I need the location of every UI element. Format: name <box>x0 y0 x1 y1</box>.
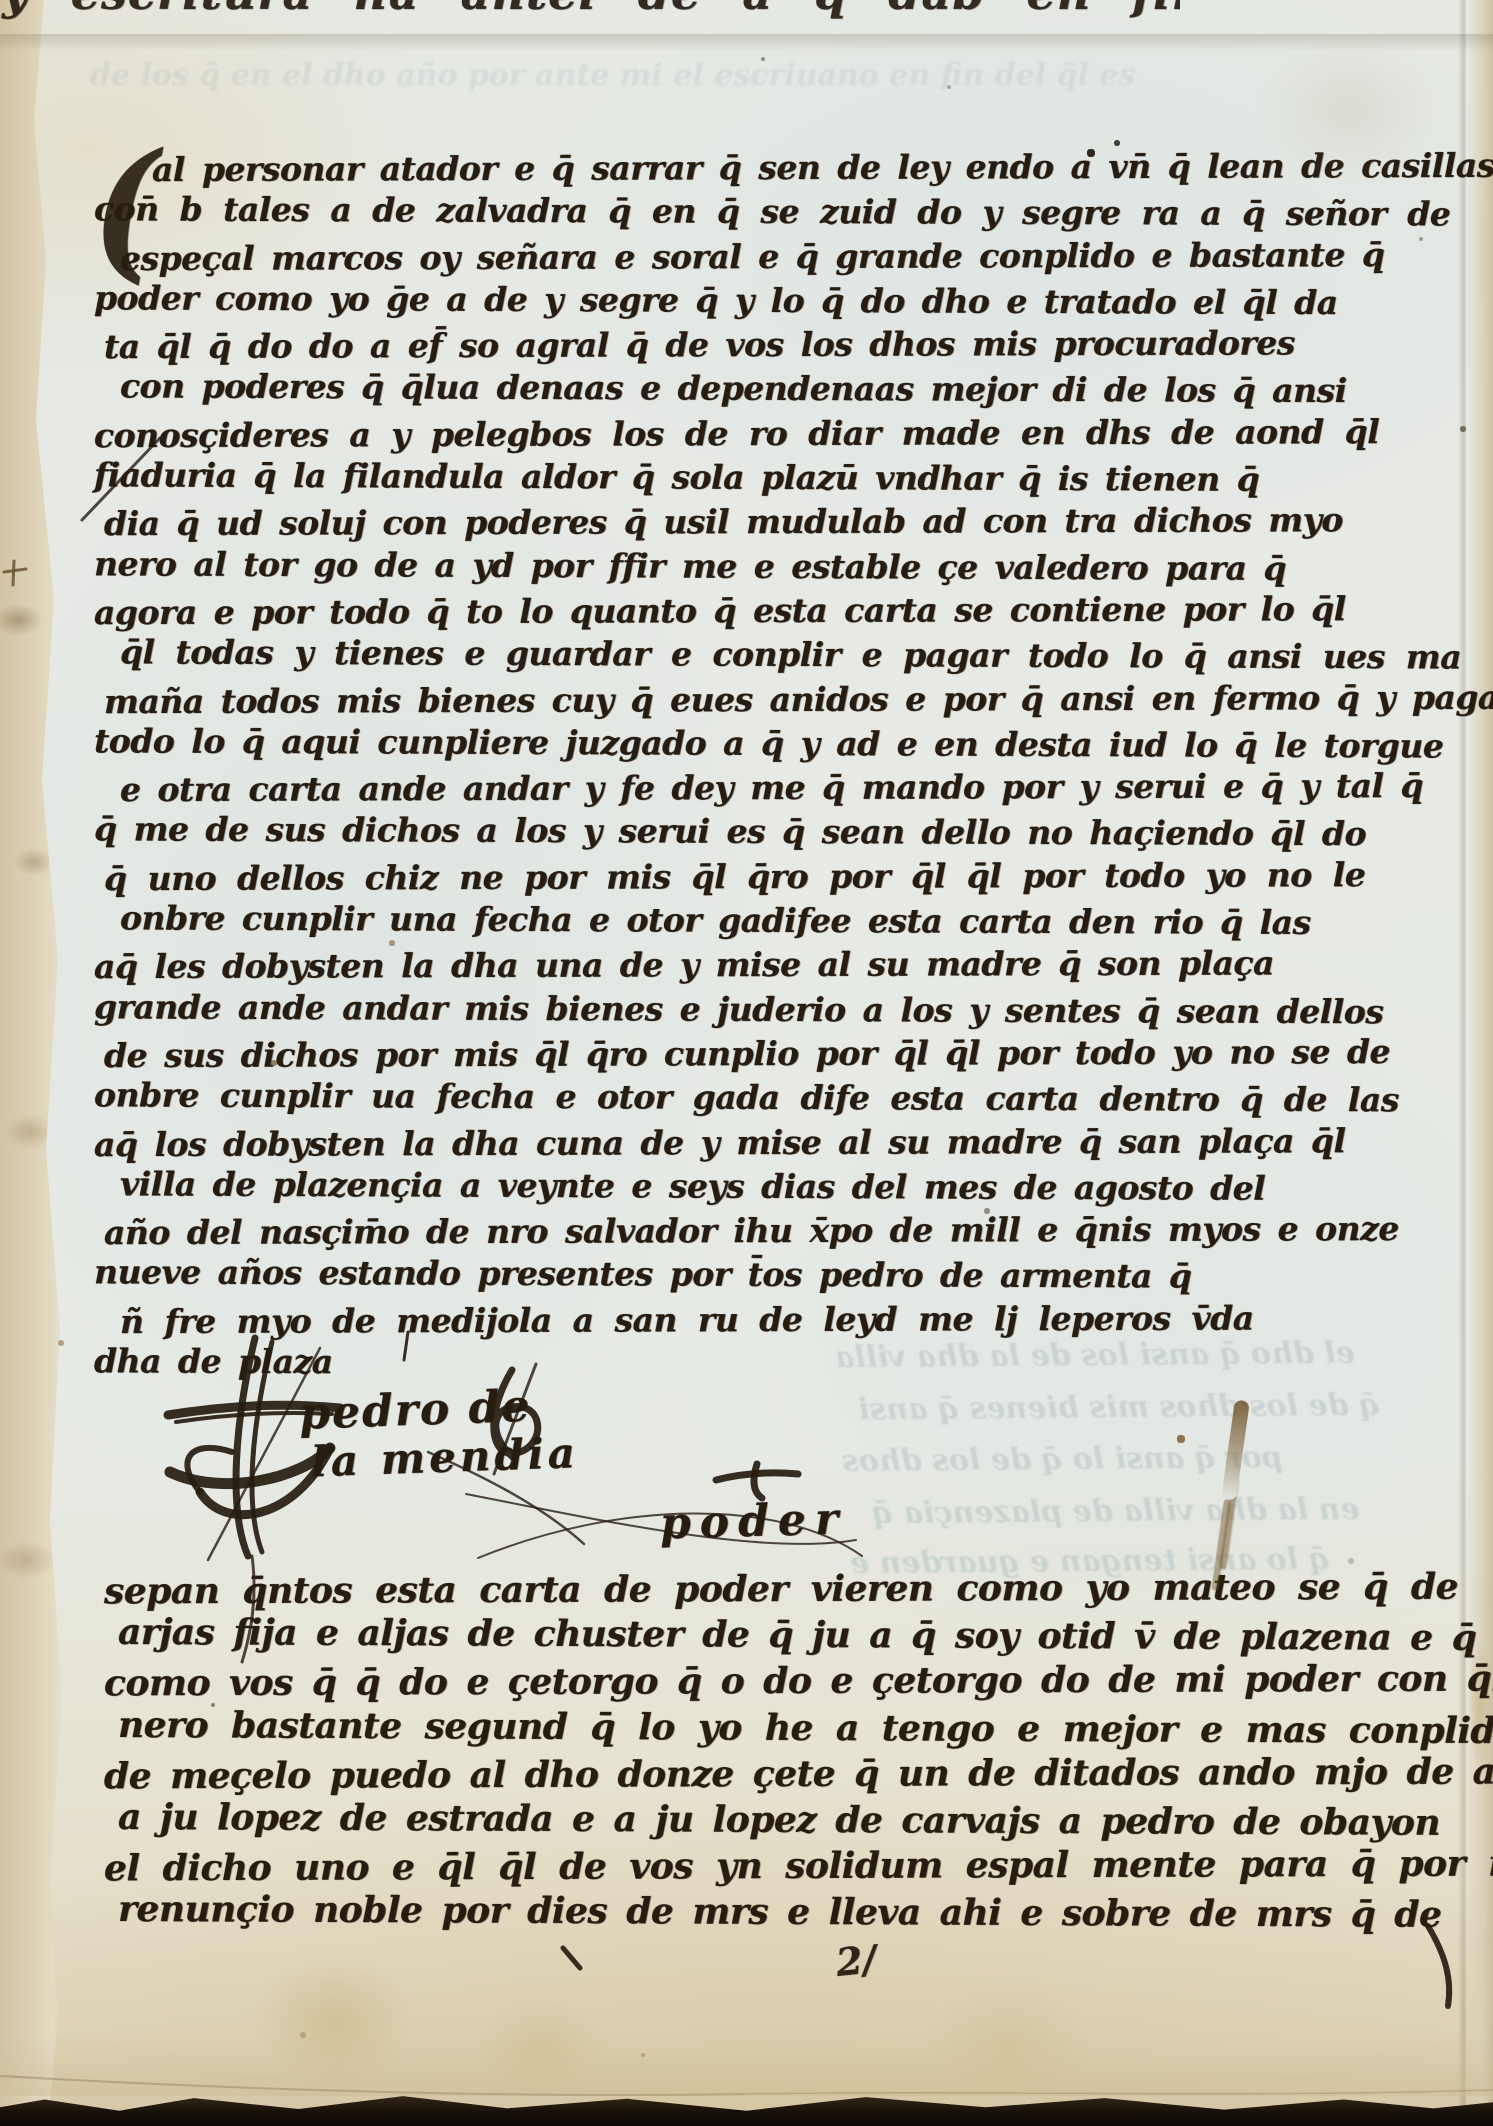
folio-mark: 2/ <box>834 1936 879 1985</box>
manuscript-text-line: nueve años estando presentes por t̄os pe… <box>94 1251 1479 1301</box>
manuscript-text-line: de meçelo puedo al dho donze çete q̄ un … <box>104 1748 1489 1799</box>
rubric-loop-stroke-icon <box>187 1448 232 1492</box>
manuscript-text-line: todo lo q̄ aqui cunpliere juzgado a q̄ y… <box>94 719 1479 769</box>
book-edge-band <box>0 2092 1493 2126</box>
manuscript-text-line: q̄ me de sus dichos a los y serui es q̄ … <box>94 808 1479 858</box>
manuscript-text-line: como vos q̄ q̄ do e çetorgo q̄ o do e çe… <box>104 1656 1489 1707</box>
manuscript-text-line: poder como yo ḡe a de y segre q̄ y lo q… <box>94 276 1479 326</box>
manuscript-page: y escritura ha antel de a q̄ dab en fin … <box>0 0 1493 2126</box>
top-crease-shadow <box>0 34 1493 52</box>
manuscript-text-line: agora e por todo q̄ to lo quanto q̄ esta… <box>94 587 1479 636</box>
manuscript-text-line: villa de plazençia a veynte e seys dias … <box>120 1162 1479 1212</box>
ink-speckles <box>0 0 2 2</box>
bleedthrough-text-line: q̄ de los dhos mis bienes q̄ ansi <box>858 1388 1380 1428</box>
manuscript-text-line: nero al tor go de a yd por ffir me e est… <box>94 542 1479 592</box>
manuscript-text-line: con̄ b tales a de zalvadra q̄ en q̄ se z… <box>94 188 1479 238</box>
manuscript-text-line: aq̄ les dobysten la dha una de y mise al… <box>94 941 1479 990</box>
manuscript-text-line: ta q̄l q̄ do do a ef̄ so agral q̄ de vos… <box>104 321 1479 370</box>
manuscript-text-line: maña todos mis bienes cuy q̄ eues anidos… <box>104 675 1479 724</box>
manuscript-text-line: grande ande andar mis bienes e juderio a… <box>94 985 1479 1035</box>
manuscript-text-line: nero bastante segund q̄ lo yo he a tengo… <box>118 1702 1489 1754</box>
previous-line-fragment: y escritura ha antel de a q̄ dab en fin … <box>2 0 1180 20</box>
paper-stain <box>1255 35 1445 185</box>
manuscript-text-line: espeçal marcos oy señara e soral e q̄ gr… <box>120 232 1479 281</box>
bleedthrough-text-line: en la dha villa de plazençia q̄ <box>872 1492 1360 1531</box>
torn-left-edge <box>0 0 72 2126</box>
cross-mark-icon <box>716 1473 798 1480</box>
notary-signature-name: pedro de la mendia <box>298 1379 579 1487</box>
bleedthrough-text-line: por q̄ ansi lo q̄ de los dhos <box>842 1440 1283 1479</box>
poder-clause-block: sepan q̄ntos esta carta de poder vieren … <box>104 1566 1489 1936</box>
manuscript-text-line: con poderes q̄ q̄lua denaas e dependenaa… <box>120 365 1479 415</box>
manuscript-text-line: renunçio noble por dies de mrs e lleva a… <box>118 1886 1489 1938</box>
cross-mark-icon <box>754 1464 762 1498</box>
manuscript-text-line: e otra carta ande andar y fe dey me q̄ m… <box>120 764 1479 813</box>
pen-stroke-icon <box>563 1948 580 1968</box>
poder-heading: poder <box>659 1494 847 1550</box>
manuscript-text-line: conosçideres a y pelegbos los de ro diar… <box>94 410 1479 459</box>
manuscript-text-line: arjas fija e aljas de chuster de q̄ ju a… <box>118 1609 1489 1661</box>
main-deed-text-block: al personar atador e q̄ sarrar q̄ sen de… <box>94 146 1479 1386</box>
manuscript-text-line: de sus dichos por mis q̄l q̄ro cunplio p… <box>104 1030 1479 1079</box>
manuscript-text-line: aq̄ los dobysten la dha cuna de y mise a… <box>94 1118 1479 1167</box>
signature-name-line2: la mendia <box>310 1428 580 1486</box>
manuscript-text-line: onbre cunplir una fecha e otor gadifee e… <box>120 896 1479 946</box>
manuscript-text-line: dia q̄ ud soluj con poderes q̄ usil mudu… <box>104 498 1479 547</box>
manuscript-text-line: dha de plaza <box>94 1339 1479 1389</box>
manuscript-text-line: fiaduria q̄ la filandula aldor q̄ sola p… <box>94 453 1479 503</box>
manuscript-text-line: año del nasçim̄o de nro salvador ihu x̄p… <box>104 1207 1479 1256</box>
manuscript-text-line: q̄ uno dellos chiz ne por mis q̄l q̄ro p… <box>104 853 1479 902</box>
bottom-warm-tone <box>0 2036 1493 2096</box>
manuscript-text-line: q̄l todas y tienes e guardar e conplir e… <box>120 631 1479 681</box>
manuscript-text-line: a ju lopez de estrada e a ju lopez de ca… <box>118 1794 1489 1846</box>
manuscript-text-line: onbre cunplir ua fecha e otor gada dife … <box>94 1074 1479 1124</box>
manuscript-text-line: ñ fre myo de medijola a san ru de leyd m… <box>120 1296 1479 1345</box>
manuscript-text-line: sepan q̄ntos esta carta de poder vieren … <box>104 1564 1489 1615</box>
manuscript-text-line: el dicho uno e q̄l q̄l de vos yn solidum… <box>104 1841 1489 1892</box>
bleedthrough-line-top: de los q̄ en el dho año por ante mi el e… <box>90 58 1430 93</box>
